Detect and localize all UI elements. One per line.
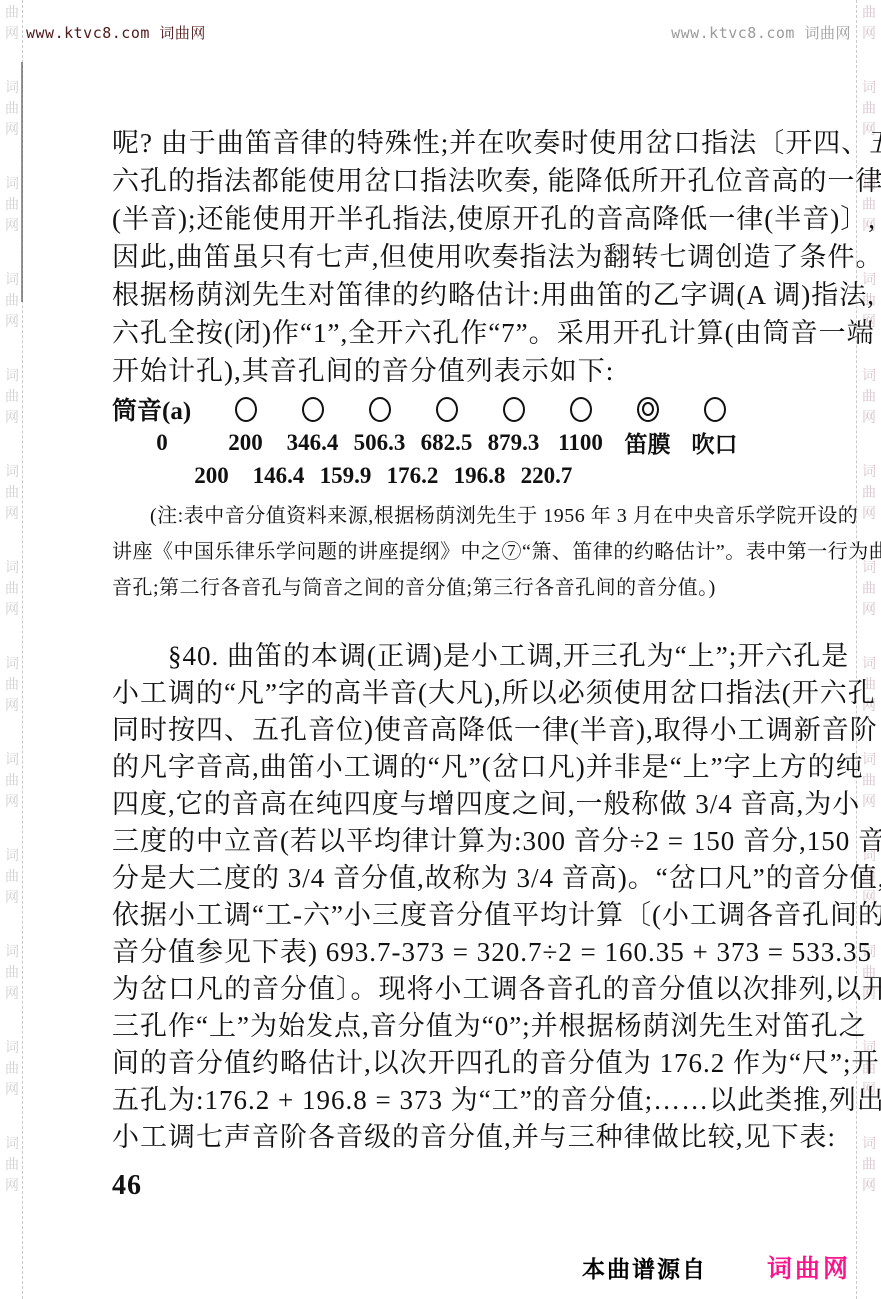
watermark-char: 词 bbox=[5, 464, 19, 478]
text-line: 同时按四、五孔音位)使音高降低一律(半音),取得小工调新音阶 bbox=[112, 712, 812, 749]
watermark-group: 词曲网 bbox=[859, 368, 879, 424]
watermark-char: 曲 bbox=[5, 1157, 19, 1171]
watermark-char: 曲 bbox=[5, 197, 19, 211]
watermark-group: 词曲网 bbox=[2, 1040, 22, 1096]
text-line: 三度的中立音(若以平均律计算为:300 音分÷2 = 150 音分,150 音 bbox=[112, 823, 812, 860]
text-line: 三孔作“上”为始发点,音分值为“0”;并根据杨荫浏先生对笛孔之 bbox=[112, 1008, 812, 1045]
watermark-char: 词 bbox=[5, 176, 19, 190]
text-line: (半音);还能使用开半孔指法,使原开孔的音高降低一律(半音)〕, bbox=[112, 200, 812, 238]
watermark-char: 词 bbox=[862, 752, 876, 766]
watermark-char: 词 bbox=[5, 1136, 19, 1150]
finger-hole-icon bbox=[302, 397, 324, 422]
watermark-group: 词曲网 bbox=[2, 368, 22, 424]
watermark-char: 词 bbox=[862, 80, 876, 94]
watermark-char: 网 bbox=[5, 698, 19, 712]
watermark-char: 曲 bbox=[862, 101, 876, 115]
cent-value: 200 bbox=[212, 430, 279, 456]
watermark-char: 曲 bbox=[5, 965, 19, 979]
watermark-char: 词 bbox=[862, 1136, 876, 1150]
cent-value: 506.3 bbox=[346, 430, 413, 456]
watermark-char: 曲 bbox=[862, 5, 876, 19]
interval-value: 176.2 bbox=[379, 463, 446, 489]
watermark-char: 网 bbox=[862, 506, 876, 520]
text-line: 音孔;第二行各音孔与筒音之间的音分值;第三行各音孔间的音分值。) bbox=[112, 570, 812, 606]
watermark-char: 曲 bbox=[5, 389, 19, 403]
cent-value: 吹口 bbox=[681, 426, 748, 459]
watermark-char: 曲 bbox=[5, 5, 19, 19]
hole-cell bbox=[346, 397, 413, 422]
watermark-char: 词 bbox=[5, 848, 19, 862]
watermark-group: 词曲网 bbox=[2, 656, 22, 712]
site-url-left: www.ktvc8.com 词曲网 bbox=[26, 22, 206, 43]
text-line: 根据杨荫浏先生对笛律的约略估计:用曲笛的乙字调(A 调)指法, bbox=[112, 276, 812, 314]
page-content: 呢? 由于曲笛音律的特殊性;并在吹奏时使用岔口指法〔开四、五、六孔的指法都能使用… bbox=[112, 124, 812, 1202]
finger-hole-icon bbox=[704, 397, 726, 422]
diagram-label: 筒音(a) bbox=[112, 391, 212, 427]
hole-cell bbox=[614, 397, 681, 422]
text-line: 为岔口凡的音分值〕。现将小工调各音孔的音分值以次排列,以开 bbox=[112, 971, 812, 1008]
watermark-char: 词 bbox=[5, 272, 19, 286]
hole-cell bbox=[480, 397, 547, 422]
cent-value: 0 bbox=[112, 430, 212, 456]
footer-source-label: 本曲谱源自 bbox=[582, 1251, 707, 1284]
watermark-char: 网 bbox=[5, 122, 19, 136]
interval-value: 196.8 bbox=[446, 463, 513, 489]
hole-cell bbox=[547, 397, 614, 422]
membrane-hole-icon bbox=[637, 397, 659, 422]
text-line: §40. 曲笛的本调(正调)是小工调,开三孔为“上”;开六孔是 bbox=[112, 638, 812, 675]
text-line: 小工调的“凡”字的高半音(大凡),所以必须使用岔口指法(开六孔 bbox=[112, 675, 812, 712]
watermark-char: 网 bbox=[862, 26, 876, 40]
text-line: 讲座《中国乐律乐学问题的讲座提纲》中之⑦“箫、笛律的约略估计”。表中第一行为曲笛 bbox=[112, 534, 812, 570]
cent-value: 346.4 bbox=[279, 430, 346, 456]
cent-value: 笛膜 bbox=[614, 426, 681, 459]
watermark-char: 词 bbox=[5, 1040, 19, 1054]
left-watermark-rail: 词曲网词曲网词曲网词曲网词曲网词曲网词曲网词曲网词曲网词曲网词曲网词曲网词曲网 bbox=[2, 0, 22, 1299]
hole-cell bbox=[279, 397, 346, 422]
watermark-char: 网 bbox=[5, 890, 19, 904]
watermark-group: 词曲网 bbox=[2, 848, 22, 904]
footer-brand: 词曲网 bbox=[767, 1249, 851, 1285]
text-line: 因此,曲笛虽只有七声,但使用吹奏指法为翻转七调创造了条件。 bbox=[112, 238, 812, 276]
watermark-char: 词 bbox=[5, 752, 19, 766]
cent-value: 1100 bbox=[547, 430, 614, 456]
watermark-char: 词 bbox=[862, 368, 876, 382]
hole-cell bbox=[681, 397, 748, 422]
watermark-char: 曲 bbox=[5, 485, 19, 499]
interval-values-row: 200146.4159.9176.2196.8220.7 bbox=[178, 459, 812, 492]
site-url-right: www.ktvc8.com 词曲网 bbox=[671, 22, 851, 43]
watermark-group: 词曲网 bbox=[2, 464, 22, 520]
watermark-char: 网 bbox=[5, 506, 19, 520]
watermark-char: 曲 bbox=[5, 773, 19, 787]
watermark-char: 曲 bbox=[862, 389, 876, 403]
text-line: 六孔全按(闭)作“1”,全开六孔作“7”。采用开孔计算(由筒音一端 bbox=[112, 314, 812, 352]
watermark-group: 词曲网 bbox=[2, 272, 22, 328]
watermark-group: 词曲网 bbox=[2, 80, 22, 136]
watermark-char: 词 bbox=[862, 656, 876, 670]
text-line: 音分值参见下表) 693.7-373 = 320.7÷2 = 160.35 + … bbox=[112, 934, 812, 971]
watermark-group: 词曲网 bbox=[859, 1136, 879, 1192]
watermark-char: 曲 bbox=[5, 581, 19, 595]
watermark-group: 词曲网 bbox=[2, 752, 22, 808]
text-line: 分是大二度的 3/4 音分值,故称为 3/4 音高)。“岔口凡”的音分值, bbox=[112, 860, 812, 897]
interval-value: 159.9 bbox=[312, 463, 379, 489]
text-line: 呢? 由于曲笛音律的特殊性;并在吹奏时使用岔口指法〔开四、五、 bbox=[112, 124, 812, 162]
finger-hole-icon bbox=[369, 397, 391, 422]
paragraph-intro: 呢? 由于曲笛音律的特殊性;并在吹奏时使用岔口指法〔开四、五、六孔的指法都能使用… bbox=[112, 124, 812, 390]
cent-value: 879.3 bbox=[480, 430, 547, 456]
cent-values-row: 0200346.4506.3682.5879.31100笛膜吹口 bbox=[112, 426, 812, 459]
watermark-group: 词曲网 bbox=[2, 0, 22, 40]
watermark-char: 曲 bbox=[5, 869, 19, 883]
watermark-char: 词 bbox=[5, 80, 19, 94]
page-number: 46 bbox=[112, 1170, 812, 1202]
finger-hole-icon bbox=[235, 397, 257, 422]
footer: 本曲谱源自 词曲网 bbox=[582, 1249, 851, 1285]
watermark-char: 网 bbox=[862, 794, 876, 808]
text-line: 开始计孔),其音孔间的音分值列表示如下: bbox=[112, 352, 812, 390]
interval-value: 200 bbox=[178, 463, 245, 489]
watermark-group: 词曲网 bbox=[2, 1136, 22, 1192]
finger-hole-icon bbox=[436, 397, 458, 422]
watermark-char: 网 bbox=[5, 314, 19, 328]
watermark-group: 词曲网 bbox=[2, 944, 22, 1000]
text-line: 四度,它的音高在纯四度与增四度之间,一般称做 3/4 音高,为小 bbox=[112, 786, 812, 823]
footnote: (注:表中音分值资料来源,根据杨荫浏先生于 1956 年 3 月在中央音乐学院开… bbox=[112, 498, 812, 606]
watermark-group: 词曲网 bbox=[2, 176, 22, 232]
membrane-inner-circle bbox=[642, 402, 654, 416]
watermark-char: 网 bbox=[5, 1082, 19, 1096]
interval-value: 146.4 bbox=[245, 463, 312, 489]
watermark-char: 网 bbox=[5, 602, 19, 616]
hole-cell bbox=[413, 397, 480, 422]
paragraph-40: §40. 曲笛的本调(正调)是小工调,开三孔为“上”;开六孔是小工调的“凡”字的… bbox=[112, 638, 812, 1156]
text-line: (注:表中音分值资料来源,根据杨荫浏先生于 1956 年 3 月在中央音乐学院开… bbox=[112, 498, 812, 534]
watermark-char: 词 bbox=[862, 464, 876, 478]
text-line: 六孔的指法都能使用岔口指法吹奏, 能降低所开孔位音高的一律 bbox=[112, 162, 812, 200]
watermark-char: 曲 bbox=[5, 293, 19, 307]
watermark-char: 曲 bbox=[5, 677, 19, 691]
watermark-char: 网 bbox=[5, 218, 19, 232]
watermark-char: 网 bbox=[862, 410, 876, 424]
text-line: 依据小工调“工-六”小三度音分值平均计算〔(小工调各音孔间的 bbox=[112, 897, 812, 934]
text-line: 小工调七声音阶各音级的音分值,并与三种律做比较,见下表: bbox=[112, 1119, 812, 1156]
text-line: 五孔为:176.2 + 196.8 = 373 为“工”的音分值;……以此类推,… bbox=[112, 1082, 812, 1119]
watermark-char: 词 bbox=[5, 368, 19, 382]
watermark-char: 词 bbox=[5, 944, 19, 958]
hole-cell bbox=[212, 397, 279, 422]
watermark-char: 曲 bbox=[5, 101, 19, 115]
watermark-char: 曲 bbox=[862, 773, 876, 787]
finger-hole-icon bbox=[570, 397, 592, 422]
watermark-group: 词曲网 bbox=[859, 0, 879, 40]
watermark-group: 词曲网 bbox=[859, 464, 879, 520]
watermark-group: 词曲网 bbox=[2, 560, 22, 616]
text-line: 的凡字音高,曲笛小工调的“凡”(岔口凡)并非是“上”字上方的纯 bbox=[112, 749, 812, 786]
watermark-char: 词 bbox=[5, 560, 19, 574]
watermark-char: 网 bbox=[5, 794, 19, 808]
watermark-char: 曲 bbox=[862, 485, 876, 499]
watermark-char: 曲 bbox=[5, 1061, 19, 1075]
watermark-char: 曲 bbox=[862, 581, 876, 595]
watermark-char: 网 bbox=[862, 1178, 876, 1192]
watermark-group: 词曲网 bbox=[859, 560, 879, 616]
watermark-char: 网 bbox=[862, 602, 876, 616]
hole-row: 筒音(a) bbox=[112, 392, 812, 426]
cent-value-diagram: 筒音(a) 0200346.4506.3682.5879.31100笛膜吹口 2… bbox=[112, 392, 812, 492]
watermark-char: 词 bbox=[5, 656, 19, 670]
cent-value: 682.5 bbox=[413, 430, 480, 456]
watermark-char: 网 bbox=[5, 26, 19, 40]
interval-value: 220.7 bbox=[513, 463, 580, 489]
watermark-char: 网 bbox=[5, 986, 19, 1000]
text-line: 间的音分值约略估计,以次开四孔的音分值为 176.2 作为“尺”;开 bbox=[112, 1045, 812, 1082]
watermark-char: 网 bbox=[5, 410, 19, 424]
finger-hole-icon bbox=[503, 397, 525, 422]
watermark-char: 网 bbox=[5, 1178, 19, 1192]
watermark-char: 曲 bbox=[862, 1157, 876, 1171]
